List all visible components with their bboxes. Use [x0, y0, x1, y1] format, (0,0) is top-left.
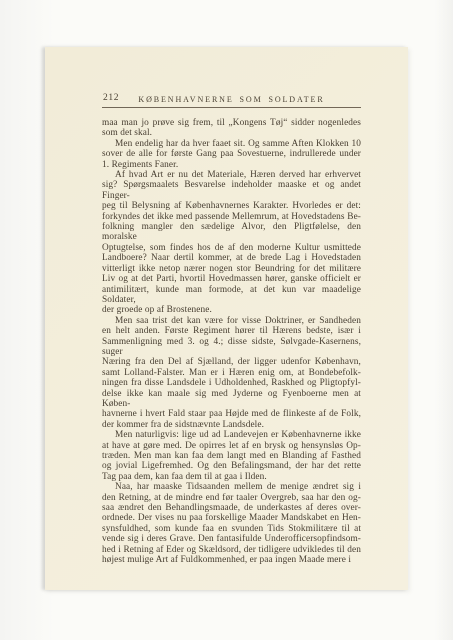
- text-line: Tag paa dem, kan faa dem til at gaa i Il…: [102, 472, 361, 482]
- paragraph: Naa, har maaske Tidsaanden mellem de men…: [102, 482, 361, 565]
- text-line: en helt anden. Første Regiment hører til…: [102, 326, 361, 336]
- text-line: Men naturligvis: lige ud ad Landevejen e…: [102, 430, 361, 440]
- text-line: saa ændret den Behandlingsmaade, de unde…: [102, 503, 361, 513]
- text-line: antimilitært, kunde man formode, at det …: [102, 285, 361, 306]
- page-content: 212 KØBENHAVNERNE SOM SOLDATER maa man j…: [102, 93, 361, 565]
- text-line: den Retning, at de mindre end før taaler…: [102, 493, 361, 503]
- text-line: ningen fra disse Landsdele i Udholdenhed…: [102, 378, 361, 388]
- page-header: 212 KØBENHAVNERNE SOM SOLDATER: [102, 93, 361, 105]
- book-page: 212 KØBENHAVNERNE SOM SOLDATER maa man j…: [45, 47, 408, 590]
- paragraph: Af hvad Art er nu det Materiale, Hæren d…: [102, 170, 361, 316]
- text-line: maa man jo prøve sig frem, til „Kongens …: [102, 118, 361, 128]
- header-rule: [102, 107, 361, 108]
- text-line: Af hvad Art er nu det Materiale, Hæren d…: [102, 170, 361, 180]
- text-line: Optugtelse, som findes hos de af den mod…: [102, 243, 361, 253]
- text-line: som det skal.: [102, 128, 361, 138]
- text-line: og jovial Ligefremhed. Og den Befalingsm…: [102, 461, 361, 471]
- text-line: peg til Belysning af Københavnernes Kara…: [102, 201, 361, 211]
- text-line: hed i Retning af Eder og Skældsord, der …: [102, 545, 361, 555]
- text-line: der groede op af Brostenene.: [102, 305, 361, 315]
- text-line: Næring fra den Del af Sjælland, der ligg…: [102, 357, 361, 367]
- text-line: sover de alle for første Gang paa Sovest…: [102, 149, 361, 159]
- text-line: forkyndes det ikke med passende Mellemru…: [102, 212, 361, 222]
- text-line: vende sig i deres Grave. Den fantasifuld…: [102, 534, 361, 544]
- text-line: 1. Regiments Faner.: [102, 160, 361, 170]
- paragraph: Men endelig har da hver faaet sit. Og sa…: [102, 139, 361, 170]
- text-line: Landboere? Naar dertil kommer, at de bre…: [102, 253, 361, 263]
- text-block: maa man jo prøve sig frem, til „Kongens …: [102, 118, 361, 565]
- text-line: Men endelig har da hver faaet sit. Og sa…: [102, 139, 361, 149]
- text-line: samt Lolland-Falster. Man er i Hæren eni…: [102, 368, 361, 378]
- text-line: træden. Men man kan faa dem langt med en…: [102, 451, 361, 461]
- text-line: Men saa trist det kan være for visse Dok…: [102, 316, 361, 326]
- text-line: sig? Spørgsmaalets Besvarelse indeholder…: [102, 180, 361, 201]
- text-line: vitterligt ikke netop nærer nogen stor B…: [102, 264, 361, 274]
- paragraph: Men naturligvis: lige ud ad Landevejen e…: [102, 430, 361, 482]
- paragraph: maa man jo prøve sig frem, til „Kongens …: [102, 118, 361, 139]
- text-line: der kommer fra de sidstnævnte Landsdele.: [102, 420, 361, 430]
- text-line: Liv og at det Parti, hvortil Hovedmassen…: [102, 274, 361, 284]
- text-line: synsfuldhed, som kunde faa en svunden Ti…: [102, 524, 361, 534]
- text-line: ordnede. Der vises nu paa forskellige Ma…: [102, 513, 361, 523]
- text-line: højest mulige Art af Fuldkommenhed, er p…: [102, 555, 361, 565]
- running-title: KØBENHAVNERNE SOM SOLDATER: [102, 95, 361, 104]
- text-line: folkning mangler den sædelige Alvor, den…: [102, 222, 361, 243]
- text-line: havnerne i hvert Fald staar paa Højde me…: [102, 409, 361, 419]
- text-line: at have at gøre med. De opirres let af e…: [102, 441, 361, 451]
- paragraph: Men saa trist det kan være for visse Dok…: [102, 316, 361, 430]
- text-line: Sammenligning med 3. og 4.; disse sidste…: [102, 337, 361, 358]
- text-line: Naa, har maaske Tidsaanden mellem de men…: [102, 482, 361, 492]
- text-line: delse ikke kan maale sig med Jyderne og …: [102, 389, 361, 410]
